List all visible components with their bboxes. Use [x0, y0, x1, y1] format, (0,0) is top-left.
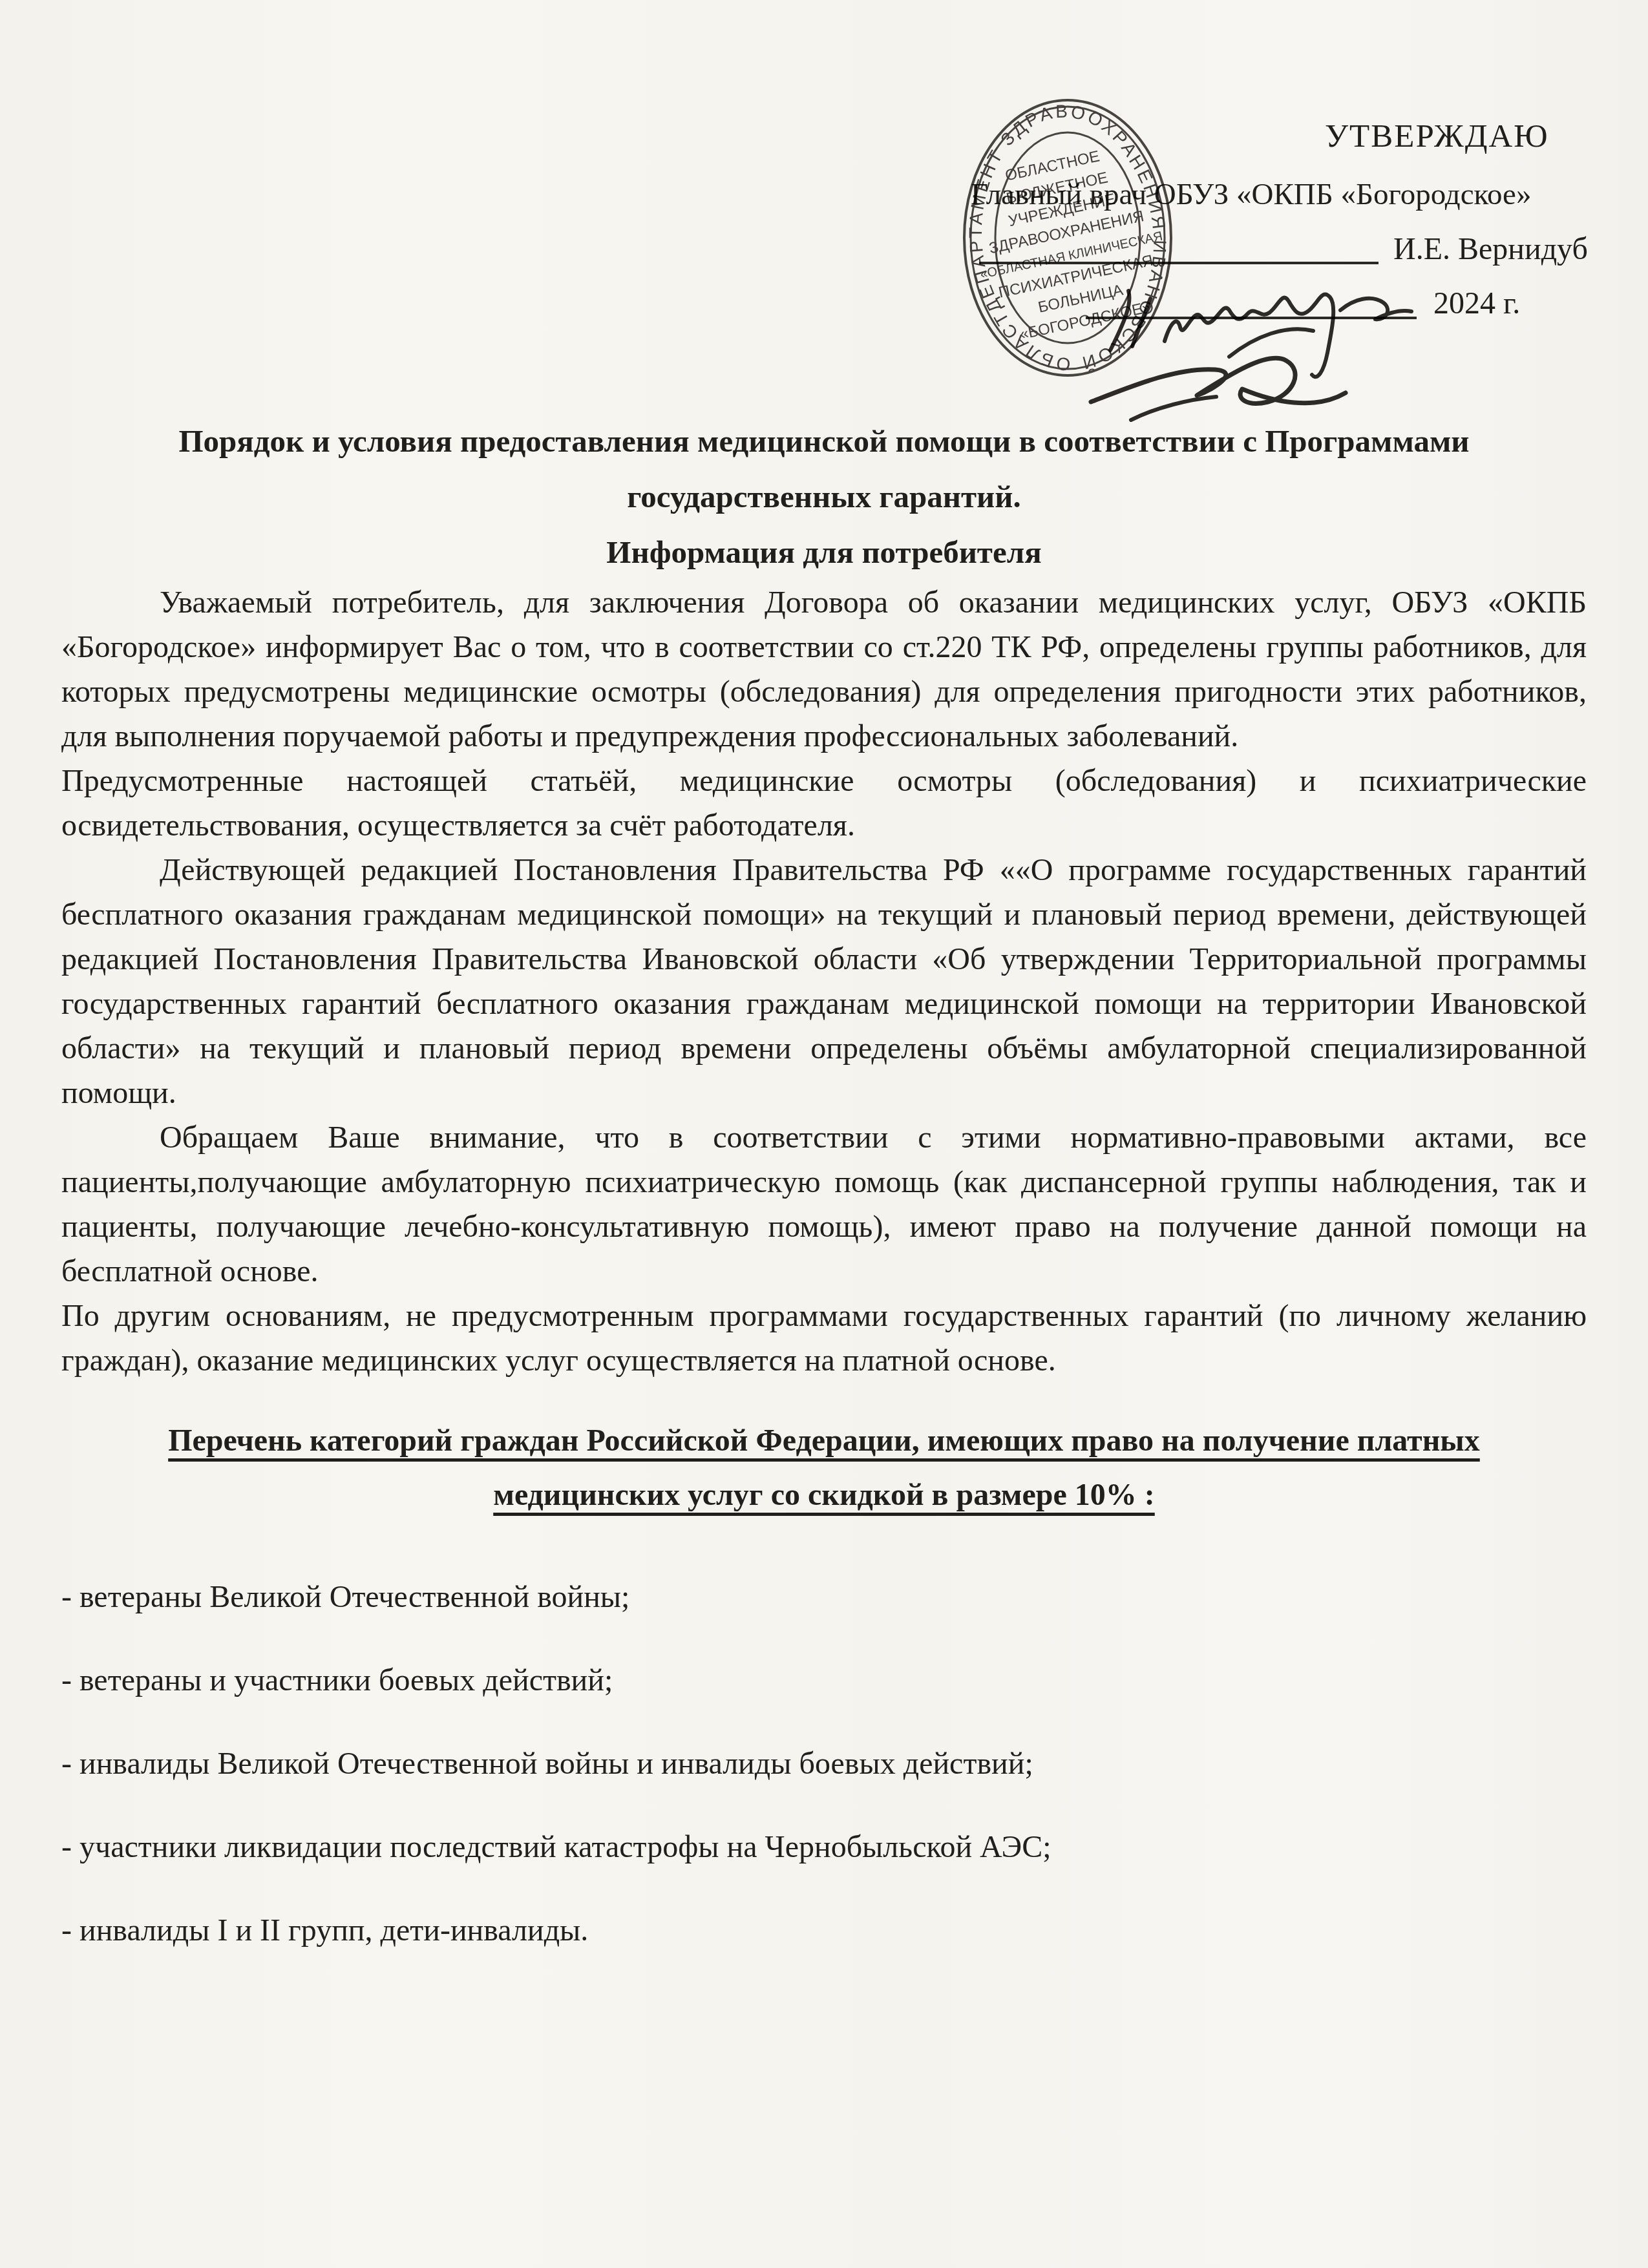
- list-item-combat-veterans: - ветераны и участники боевых действий;: [61, 1663, 1587, 1699]
- discount-heading: Перечень категорий граждан Российской Фе…: [61, 1414, 1587, 1522]
- discount-heading-line-1: Перечень категорий граждан Российской Фе…: [168, 1423, 1480, 1458]
- list-item-ww2-veterans: - ветераны Великой Отечественной войны;: [61, 1579, 1587, 1615]
- institution-stamp: ДЕПАРТАМЕНТ ЗДРАВООХРАНЕНИЯ ИВАНОВСКОЙ О…: [961, 97, 1174, 379]
- paragraph-free-care-right: Обращаем Ваше внимание, что в соответств…: [61, 1115, 1587, 1294]
- document-body: Порядок и условия предоставления медицин…: [61, 414, 1587, 1996]
- document-title-line-2: государственных гарантий.: [61, 469, 1587, 525]
- document-title-line-3: Информация для потребителя: [61, 525, 1587, 580]
- paragraph-paid-basis: По другим основаниям, не предусмотренным…: [61, 1294, 1587, 1383]
- scanned-document-page: { "page": { "paper_color": "#f5f4ef", "i…: [0, 0, 1648, 2268]
- discount-heading-line-2: медицинских услуг со скидкой в размере 1…: [493, 1478, 1155, 1512]
- list-item-chernobyl-liquidators: - участники ликвидации последствий катас…: [61, 1829, 1587, 1865]
- document-title-line-1: Порядок и условия предоставления медицин…: [61, 414, 1587, 469]
- list-item-disability-groups: - инвалиды I и II групп, дети-инвалиды.: [61, 1913, 1587, 1949]
- list-item-war-invalids: - инвалиды Великой Отечественной войны и…: [61, 1746, 1587, 1782]
- paragraph-government-programs: Действующей редакцией Постановления Прав…: [61, 848, 1587, 1115]
- paragraph-consumer-info: Уважаемый потребитель, для заключения До…: [61, 580, 1587, 759]
- discount-categories-list: - ветераны Великой Отечественной войны; …: [61, 1579, 1587, 1949]
- paragraph-employer-cost: Предусмотренные настоящей статьёй, медиц…: [61, 759, 1587, 848]
